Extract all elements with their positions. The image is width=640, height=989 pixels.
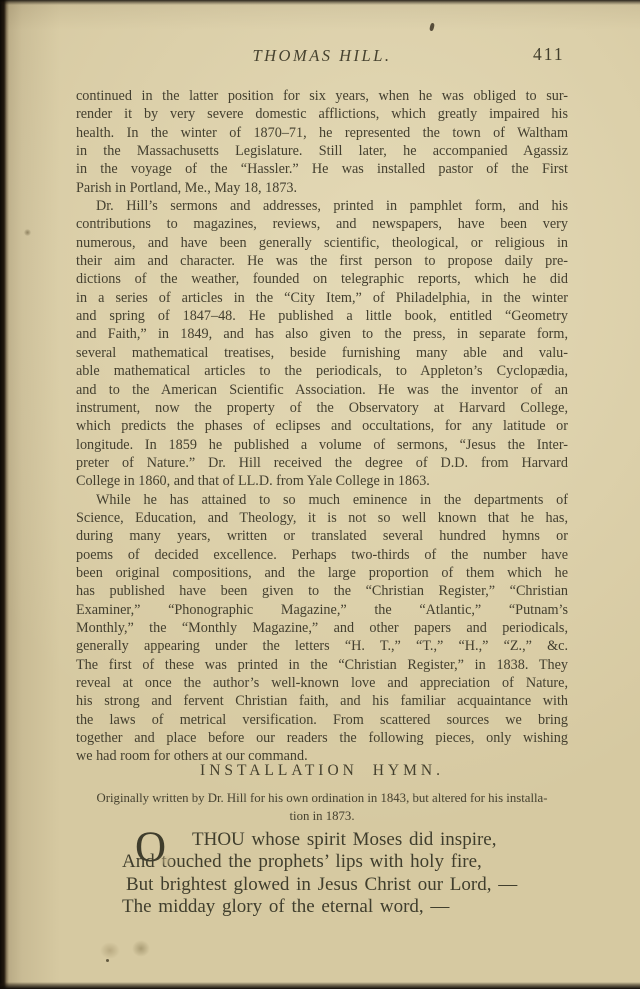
scan-edge-top [0,0,640,5]
text-line: in the voyage of the “Hassler.” He was i… [76,160,568,178]
body-text: continued in the latter position for six… [76,87,568,766]
page-number: 411 [533,44,565,65]
text-line: and to the American Scientific Associati… [76,381,568,399]
text-line: College in 1860, and that of LL.D. from … [76,472,568,490]
hymn-heading: INSTALLATION HYMN. [76,762,568,780]
paragraph: Dr. Hill’s sermons and addresses, printe… [76,197,568,491]
text-line: health. In the winter of 1870–71, he rep… [76,124,568,142]
text-line: the laws of metrical versification. From… [76,711,568,729]
text-line: reveal at once the author’s well-known l… [76,674,568,692]
note-line: Originally written by Dr. Hill for his o… [60,789,584,807]
text-line: in the Massachusetts Legislature. Still … [76,142,568,160]
text-line: instrument, now the property of the Obse… [76,399,568,417]
hymn-note: Originally written by Dr. Hill for his o… [60,789,584,825]
text-line: Science, Education, and Theology, it is … [76,509,568,527]
text-line: during many years, written or translated… [76,527,568,545]
verse-line: The midday glory of the eternal word, — [122,896,592,918]
note-line: tion in 1873. [60,807,584,825]
paragraph: continued in the latter position for six… [76,87,568,197]
text-line: While he has attained to so much eminenc… [76,491,568,509]
hymn-verse: O THOU whose spirit Moses did inspire,An… [122,829,592,919]
text-line: and spring of 1847–48. He published a li… [76,307,568,325]
paragraph: While he has attained to so much eminenc… [76,491,568,766]
text-line: The first of these was printed in the “C… [76,656,568,674]
scanned-book-page: THOMAS HILL. 411 continued in the latter… [0,0,640,989]
text-line: dictions of the weather, founded on tele… [76,270,568,288]
verse-line: THOU whose spirit Moses did inspire, [192,829,592,851]
text-line: render it by very severe domestic afflic… [76,105,568,123]
text-line: has published have been given to the “Ch… [76,582,568,600]
scan-edge-bottom [0,982,640,989]
text-line: their aim and character. He was the firs… [76,252,568,270]
text-line: able mathematical articles to the period… [76,362,568,380]
verse-line: But brightest glowed in Jesus Christ our… [126,874,592,896]
paper-speck [24,229,31,236]
text-line: Parish in Portland, Me., May 18, 1873. [76,179,568,197]
text-line: preter of Nature.” Dr. Hill received the… [76,454,568,472]
text-line: contributions to magazines, reviews, and… [76,215,568,233]
scan-edge-left [0,0,9,989]
paper-speck [106,959,109,962]
paper-stain [132,940,150,957]
text-line: Examiner,” “Phonographic Magazine,” the … [76,601,568,619]
paper-stain [100,942,120,959]
text-line: continued in the latter position for six… [76,87,568,105]
drop-cap: O [135,826,166,869]
text-line: longitude. In 1859 he published a volume… [76,436,568,454]
text-line: Monthly,” the “Monthly Magazine,” and ot… [76,619,568,637]
text-line: poems of decided excellence. Perhaps two… [76,546,568,564]
text-line: and Faith,” in 1849, and has also given … [76,325,568,343]
text-line: in a series of articles in the “City Ite… [76,289,568,307]
ink-speck [429,23,435,32]
running-title: THOMAS HILL. [76,46,568,66]
text-line: which predicts the phases of eclipses an… [76,417,568,435]
text-line: numerous, and have been generally scient… [76,234,568,252]
verse-line: And touched the prophets’ lips with holy… [122,851,592,873]
text-line: several mathematical treatises, beside f… [76,344,568,362]
text-line: his strong and fervent Christian faith, … [76,692,568,710]
text-line: Dr. Hill’s sermons and addresses, printe… [76,197,568,215]
text-line: been original compositions, and the larg… [76,564,568,582]
text-line: together and place before our readers th… [76,729,568,747]
text-line: generally appearing under the letters “H… [76,637,568,655]
